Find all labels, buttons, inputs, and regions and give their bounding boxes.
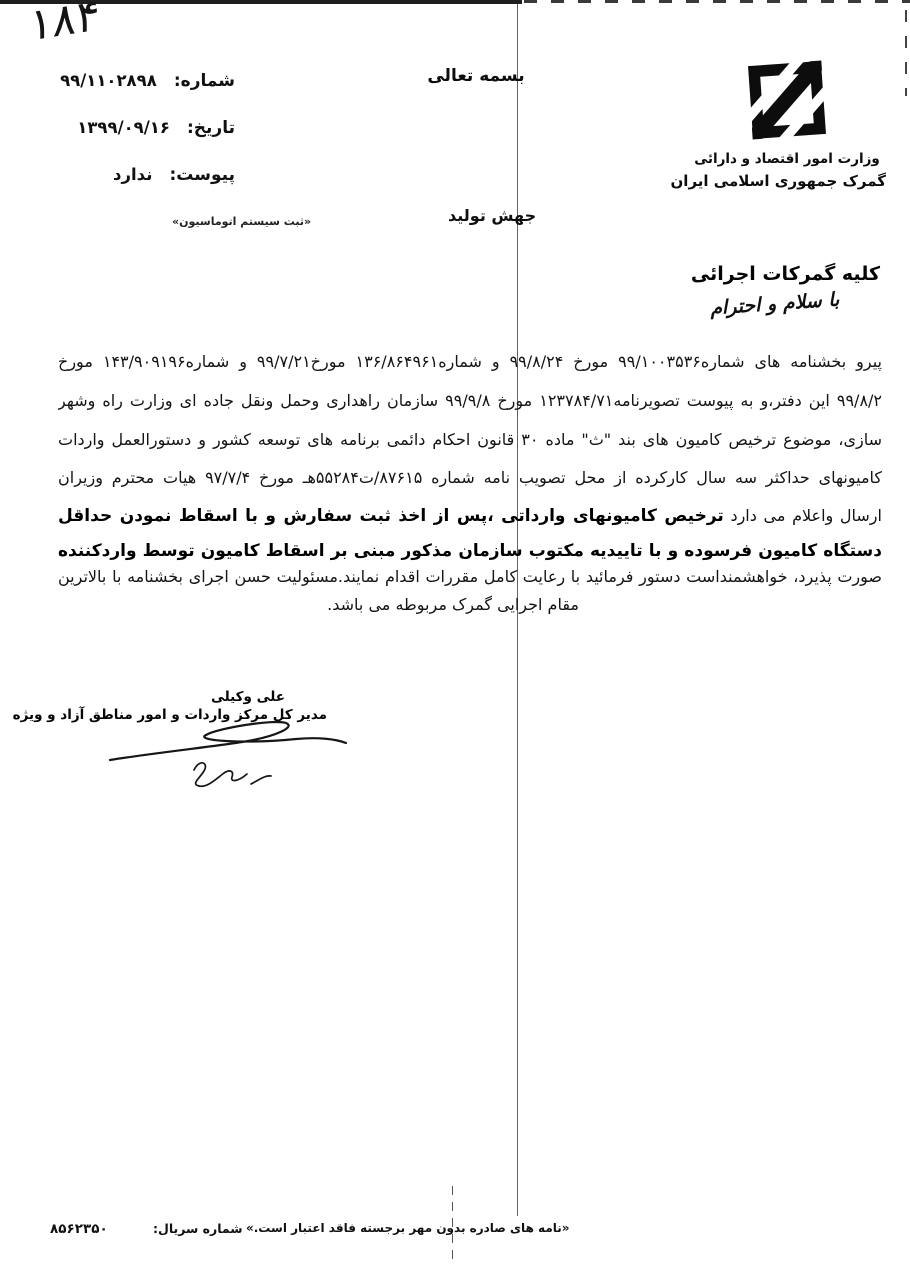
handwritten-signature [98, 718, 356, 790]
number-value: ۹۹/۱۱۰۲۸۹۸ [60, 71, 157, 90]
attachment-value: ندارد [113, 165, 152, 184]
body-line-6: دستگاه کامیون فرسوده و با تاییدیه مکتوب … [58, 538, 882, 565]
body-line-5: ارسال واعلام می دارد ترخیص کامیونهای وار… [58, 503, 882, 530]
ministry-name: وزارت امور اقتصاد و دارائی [688, 151, 886, 167]
date-value: ۱۳۹۹/۰۹/۱۶ [77, 118, 170, 137]
body-line-2: ۹۹/۸/۲ این دفتر،و به پیوست تصویرنامه۱۲۳۷… [58, 388, 882, 415]
body-line-8: مقام اجرایی گمرک مربوطه می باشد. [383, 592, 579, 619]
body-line-1: پیرو بخشنامه های شماره۹۹/۱۰۰۳۵۳۶ مورخ ۹۹… [58, 349, 882, 376]
iran-customs-logo-icon [743, 55, 831, 145]
attachment-label: پیوست: [170, 165, 236, 185]
number-label: شماره: [174, 71, 235, 91]
bismillah-text: بسمه تعالی [424, 66, 528, 86]
body-line-4: کامیونهای حداکثر سه سال کارکرده از محل ت… [58, 465, 882, 492]
footer-serial-value: ۸۵۶۲۳۵۰ [50, 1221, 108, 1237]
letterhead-block: وزارت امور اقتصاد و دارائی گمرک جمهوری ا… [688, 55, 886, 190]
scanned-letter-page: { "page": { "handwritten_number": "۱۸۴",… [0, 0, 910, 1280]
scan-top-edge-dashes [524, 0, 910, 3]
footer-validity-note: «نامه های صادره بدون مهر برجسته فاقد اعت… [246, 1221, 570, 1235]
body-line-3: سازی، موضوع ترخیص کامیون های بند "ث" ماد… [58, 427, 882, 454]
handwritten-page-number: ۱۸۴ [29, 0, 100, 52]
year-slogan: جهش تولید [448, 206, 536, 225]
footer-serial-label: شماره سریال: [153, 1221, 243, 1236]
organization-name: گمرک جمهوری اسلامی ایران [688, 172, 886, 190]
recipient-line: کلیه گمرکات اجرائی [691, 263, 880, 285]
automation-registration-note: «ثبت سیستم اتوماسیون» [172, 215, 311, 228]
signatory-name: علی وکیلی [198, 689, 298, 705]
letter-meta-block: شماره: ۹۹/۱۱۰۲۸۹۸ تاریخ: ۱۳۹۹/۰۹/۱۶ پیوس… [45, 68, 235, 209]
meta-attachment-row: پیوست: ندارد [45, 162, 235, 188]
meta-number-row: شماره: ۹۹/۱۱۰۲۸۹۸ [45, 68, 235, 94]
date-label: تاریخ: [187, 118, 235, 138]
meta-date-row: تاریخ: ۱۳۹۹/۰۹/۱۶ [45, 115, 235, 141]
scan-right-edge-mark [905, 10, 907, 96]
body-line-7: صورت پذیرد، خواهشمنداست دستور فرمائید با… [58, 564, 882, 591]
body-line-5-normal: ارسال واعلام می دارد [730, 506, 882, 525]
handwritten-salutation: با سلام و احترام [709, 289, 840, 320]
